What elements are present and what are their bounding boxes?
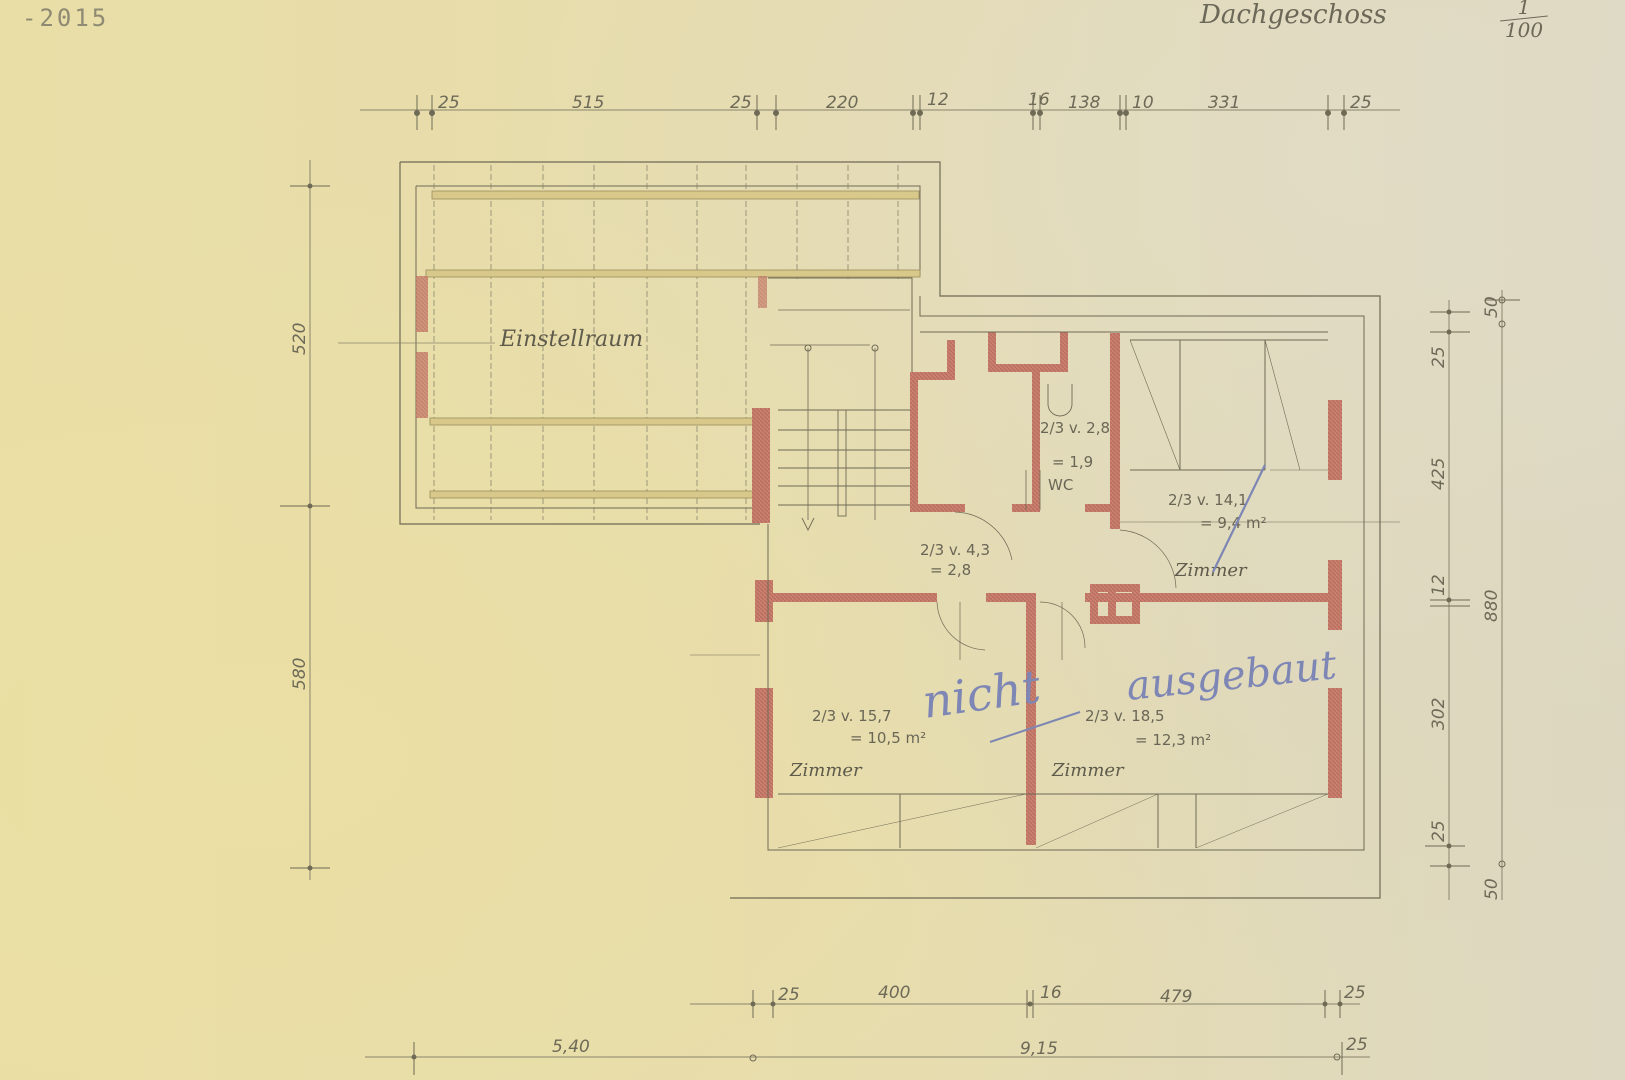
dimension-chain-bottom: 25 400 16 479 25 5,40 9,15 25 bbox=[365, 983, 1370, 1075]
room-se-area: = 12,3 m² bbox=[1135, 731, 1211, 749]
blue-pencil-note: nicht ausgebaut bbox=[919, 465, 1339, 742]
dim-bottom-3: 16 bbox=[1040, 983, 1062, 1003]
room-sw-area: = 10,5 m² bbox=[850, 729, 926, 747]
wc-area-calc: 2/3 v. 2,8 bbox=[1040, 419, 1110, 437]
dim-bottom-outer-1: 5,40 bbox=[552, 1037, 590, 1057]
wc-area: = 1,9 bbox=[1052, 453, 1093, 471]
dim-right-2: 425 bbox=[1429, 458, 1449, 490]
room-label-wc: WC bbox=[1048, 476, 1073, 494]
west-wall-segment bbox=[416, 276, 428, 332]
dim-right-4: 302 bbox=[1429, 698, 1449, 730]
room-label-se: Zimmer bbox=[1051, 760, 1125, 781]
staircase bbox=[752, 276, 912, 530]
dimension-chain-top: 25 515 25 220 12 16 138 10 331 25 bbox=[360, 90, 1400, 130]
dim-bottom-5: 25 bbox=[1344, 983, 1366, 1003]
dim-right-outer-3: 50 bbox=[1482, 878, 1502, 900]
dim-right-outer-1: 50 bbox=[1482, 296, 1502, 318]
dim-top-2: 515 bbox=[572, 93, 604, 113]
dim-right-5: 25 bbox=[1429, 820, 1449, 842]
dim-bottom-4: 479 bbox=[1160, 987, 1192, 1007]
dim-top-5: 12 bbox=[927, 90, 949, 110]
dim-top-8: 10 bbox=[1132, 93, 1154, 113]
dim-right-3: 12 bbox=[1429, 574, 1449, 596]
dim-top-10: 25 bbox=[1350, 93, 1372, 113]
dim-top-4: 220 bbox=[826, 93, 858, 113]
room-se-area-calc: 2/3 v. 18,5 bbox=[1085, 707, 1165, 725]
room-sw-area-calc: 2/3 v. 15,7 bbox=[812, 707, 892, 725]
dim-top-7: 138 bbox=[1068, 93, 1101, 113]
dim-left-2: 580 bbox=[290, 658, 310, 690]
dimension-chain-left: 520 580 bbox=[280, 160, 330, 880]
dim-right-outer-2: 880 bbox=[1482, 590, 1502, 622]
dim-bottom-outer-3: 25 bbox=[1346, 1035, 1368, 1055]
dimension-chain-right: 25 425 12 302 25 50 880 50 bbox=[1425, 290, 1520, 900]
dim-bottom-1: 25 bbox=[778, 985, 800, 1005]
dim-bottom-2: 400 bbox=[878, 983, 910, 1003]
hall-area-calc: 2/3 v. 4,3 bbox=[920, 541, 990, 559]
dim-right-1: 25 bbox=[1429, 346, 1449, 368]
note-word-nicht: nicht bbox=[919, 659, 1044, 729]
dim-top-3: 25 bbox=[730, 93, 752, 113]
room-ne-area-calc: 2/3 v. 14,1 bbox=[1168, 491, 1248, 509]
room-label-storage: Einstellraum bbox=[499, 327, 643, 352]
dim-bottom-outer-2: 9,15 bbox=[1020, 1039, 1058, 1059]
note-word-ausgebaut: ausgebaut bbox=[1124, 642, 1339, 710]
floor-plan-drawing: 25 515 25 220 12 16 138 10 331 25 520 58… bbox=[0, 0, 1625, 1080]
room-label-sw: Zimmer bbox=[789, 760, 863, 781]
floor-plan-sheet: -2015 Dachgeschoss 1 100 bbox=[0, 0, 1625, 1080]
room-label-ne: Zimmer bbox=[1174, 560, 1248, 581]
dim-top-6: 16 bbox=[1028, 90, 1050, 110]
hall-area: = 2,8 bbox=[930, 561, 971, 579]
dim-top-1: 25 bbox=[438, 93, 460, 113]
dim-top-9: 331 bbox=[1208, 93, 1240, 113]
dim-left-1: 520 bbox=[290, 323, 310, 355]
west-wall-segment bbox=[416, 352, 428, 418]
